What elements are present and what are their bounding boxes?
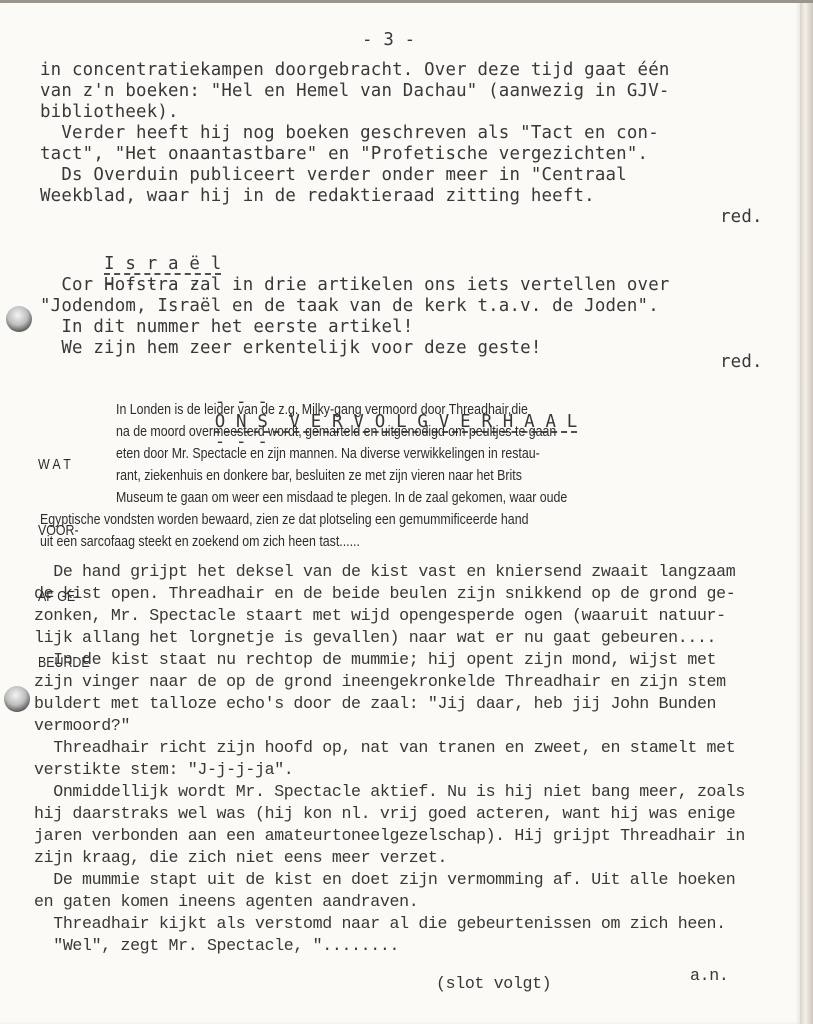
slot-volgt: (slot volgt) [436, 974, 551, 993]
israel-signature: red. [720, 352, 763, 372]
story-line: De mummie stapt uit de kist en doet zijn… [34, 870, 735, 889]
summary-line: In Londen is de leider van de z.g. Milky… [116, 402, 528, 418]
punch-hole-icon [6, 306, 32, 332]
story-line: zijn kraag, die zich niet eens meer verz… [34, 848, 447, 867]
story-line: lijk allang het lorgnetje is gevallen) n… [34, 628, 716, 647]
side-label-line: W A T [38, 454, 90, 476]
intro-line: Verder heeft hij nog boeken geschreven a… [40, 123, 659, 143]
story-line: "Wel", zegt Mr. Spectacle, "........ [34, 936, 399, 955]
intro-line: van z'n boeken: "Hel en Hemel van Dachau… [40, 81, 670, 101]
story-line: vermoord?" [34, 716, 130, 735]
story-line: De hand grijpt het deksel van de kist va… [34, 562, 735, 581]
summary-line: eten door Mr. Spectacle en zijn mannen. … [116, 446, 540, 462]
story-line: en gaten komen ineens agenten aandraven. [34, 892, 418, 911]
punch-hole-icon [4, 686, 30, 712]
intro-line: bibliotheek). [40, 102, 179, 122]
intro-line: Weekblad, waar hij in de redaktieraad zi… [40, 186, 595, 206]
page-top-edge [0, 0, 813, 3]
story-line: Onmiddellijk wordt Mr. Spectacle aktief.… [34, 782, 745, 801]
summary-line: Museum te gaan om weer een misdaad te pl… [116, 490, 567, 506]
story-line: In de kist staat nu rechtop de mummie; h… [34, 650, 716, 669]
story-line: Threadhair kijkt als verstomd naar al di… [34, 914, 726, 933]
story-line: Threadhair richt zijn hoofd op, nat van … [34, 738, 735, 757]
story-line: zonken, Mr. Spectacle staart met wijd op… [34, 606, 726, 625]
story-line: zijn vinger naar de op de grond ineengek… [34, 672, 726, 691]
summary-line: Egyptische vondsten worden bewaard, zien… [40, 512, 528, 528]
summary-line: rant, ziekenhuis en donkere bar, besluit… [116, 468, 522, 484]
summary-line: na de moord overmeesterd wordt, gemartel… [116, 424, 556, 440]
page-number: - 3 - [362, 30, 415, 50]
intro-line: Ds Overduin publiceert verder onder meer… [40, 165, 627, 185]
story-line: jaren verbonden aan een amateurtoneelgez… [34, 826, 745, 845]
story-line: de kist open. Threadhair en de beide beu… [34, 584, 735, 603]
israel-line: Cor Hofstra zal in drie artikelen ons ie… [40, 275, 670, 295]
israel-line: In dit nummer het eerste artikel! [40, 317, 413, 337]
israel-heading-text: I s r a ë l [104, 254, 221, 274]
israel-line: "Jodendom, Israël en de taak van de kerk… [40, 296, 659, 316]
document-page: - 3 - in concentratiekampen doorgebracht… [0, 0, 800, 1024]
story-line: hij daarstraks wel was (hij kon nl. vrij… [34, 804, 735, 823]
story-line: buldert met talloze echo's door de zaal:… [34, 694, 716, 713]
story-signature: a.n. [690, 966, 728, 985]
intro-line: in concentratiekampen doorgebracht. Over… [40, 60, 670, 80]
israel-line: We zijn hem zeer erkentelijk voor deze g… [40, 338, 542, 358]
intro-line: tact", "Het onaantastbare" en "Profetisc… [40, 144, 648, 164]
page-edge [800, 0, 813, 1024]
intro-signature: red. [720, 207, 763, 227]
story-line: verstikte stem: "J-j-j-ja". [34, 760, 293, 779]
summary-line: uit een sarcofaag steekt en zoekend om z… [40, 534, 360, 550]
